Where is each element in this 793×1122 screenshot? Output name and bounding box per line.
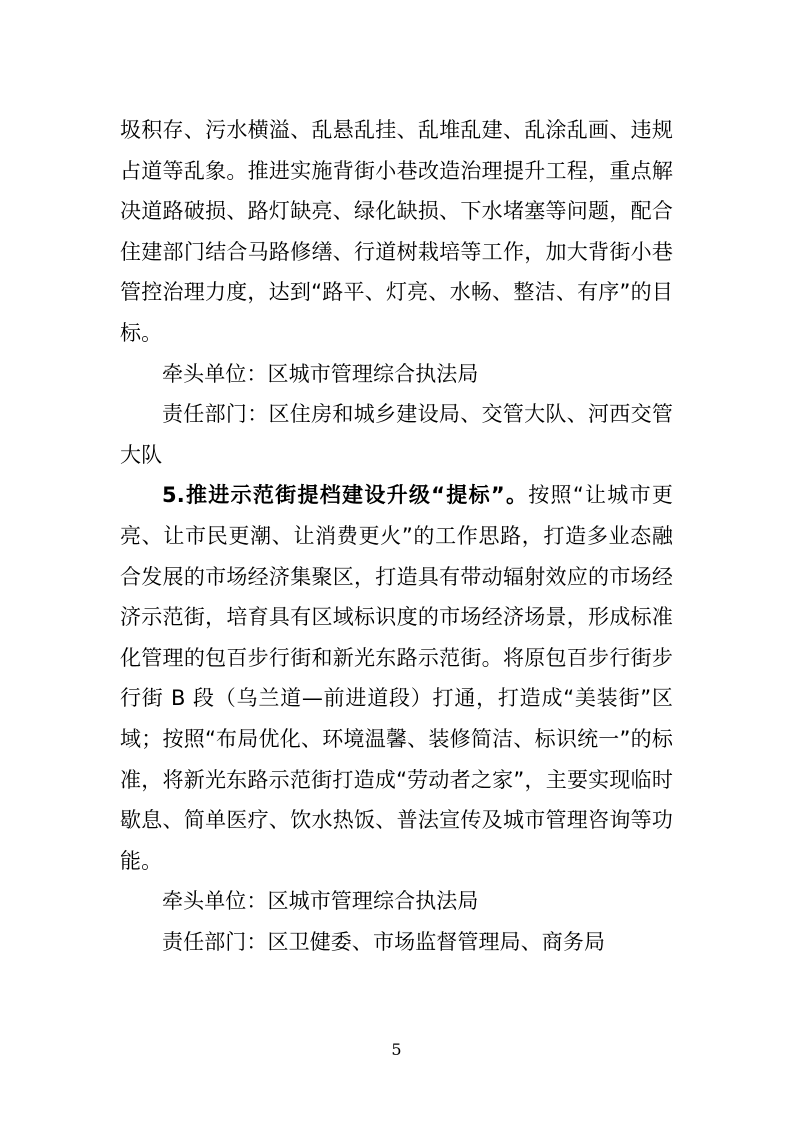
- page-number: 5: [0, 1040, 793, 1059]
- section-5-body: 按照“让城市更亮、让市民更潮、让消费更火”的工作思路，打造多业态融合发展的市场经…: [120, 483, 673, 872]
- responsible-departments-line: 责任部门：区住房和城乡建设局、交管大队、河西交管大队: [120, 394, 673, 475]
- section-5-paragraph: 5.推进示范街提档建设升级“提标”。按照“让城市更亮、让市民更潮、让消费更火”的…: [120, 475, 673, 881]
- paragraph-continuation: 圾积存、污水横溢、乱悬乱挂、乱堆乱建、乱涂乱画、违规占道等乱象。推进实施背街小巷…: [120, 110, 673, 354]
- document-page: 圾积存、污水横溢、乱悬乱挂、乱堆乱建、乱涂乱画、违规占道等乱象。推进实施背街小巷…: [0, 0, 793, 1122]
- responsible-departments-line-2: 责任部门：区卫健委、市场监督管理局、商务局: [120, 922, 673, 963]
- section-5-heading: 5.推进示范街提档建设升级“提标”。: [162, 483, 528, 507]
- lead-unit-line-2: 牵头单位：区城市管理综合执法局: [120, 881, 673, 922]
- lead-unit-line: 牵头单位：区城市管理综合执法局: [120, 354, 673, 395]
- document-body: 圾积存、污水横溢、乱悬乱挂、乱堆乱建、乱涂乱画、违规占道等乱象。推进实施背街小巷…: [120, 110, 673, 962]
